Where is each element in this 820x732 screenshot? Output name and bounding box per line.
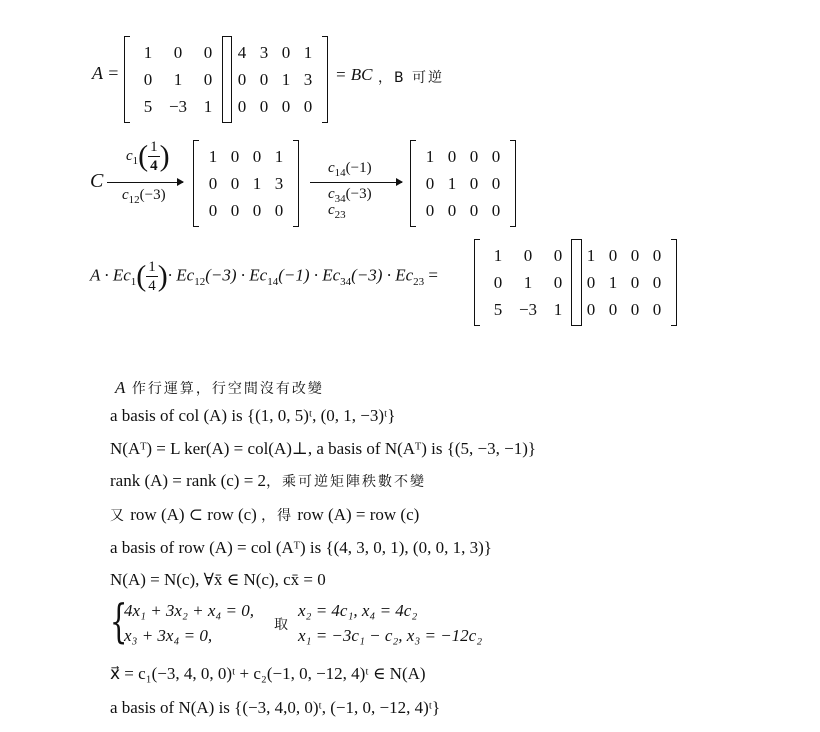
- take-label: 取: [274, 614, 290, 634]
- eq1-note: ，B 可逆: [378, 67, 444, 87]
- op2-middle: c34(−3): [328, 186, 372, 203]
- matrix-M1: 1001 0013 0000: [193, 141, 299, 226]
- eq2-start: C: [90, 170, 103, 193]
- line-row-space: 又 row (A) ⊂ row (c) ，得 row (A) = row (c): [110, 504, 419, 527]
- matrix-reduced: 1000 0100 0000: [571, 240, 677, 325]
- solution-2: x₁ = −3c₁ − c₂, x₃ = −12c₂: [298, 625, 482, 647]
- op1-top: c1(14): [126, 138, 170, 175]
- arrow-icon: [107, 182, 183, 183]
- matrix-C: 4301 0013 0000: [222, 37, 328, 122]
- op2-bottom: c23: [328, 202, 346, 219]
- eq1-rhs: = BC: [335, 65, 372, 85]
- op1-bottom: c12(−3): [122, 187, 166, 204]
- line-left-kernel: N(Aᵀ) = L ker(A) = col(A)⊥, a basis of N…: [110, 438, 536, 460]
- arrow-icon: [310, 182, 402, 183]
- line-rank: rank (A) = rank (c) = 2，乘可逆矩陣秩數不變: [110, 470, 426, 493]
- matrix-B-repeat: 100 010 5−31: [474, 240, 582, 325]
- solution-1: x₂ = 4c₁, x₄ = 4c₂: [298, 600, 417, 622]
- matrix-B: 100 010 5−31: [124, 37, 232, 122]
- eq1-lhs: A =: [92, 63, 119, 84]
- matrix-M2: 1000 0100 0000: [410, 141, 516, 226]
- line-null-space: N(A) = N(c), ∀x̄ ∈ N(c), cx̄ = 0: [110, 569, 326, 591]
- op2-top: c14(−1): [328, 160, 372, 177]
- line-col-basis: a basis of col (A) is {(1, 0, 5)ᵗ, (0, 1…: [110, 405, 395, 427]
- system-eq-1: 4x₁ + 3x₂ + x₄ = 0,: [124, 600, 254, 622]
- line-row-basis: a basis of row (A) = col (Aᵀ) is {(4, 3,…: [110, 537, 492, 559]
- line-null-basis: a basis of N(A) is {(−3, 4,0, 0)ᵗ, (−1, …: [110, 697, 440, 719]
- system-eq-2: x₃ + 3x₄ = 0,: [124, 625, 212, 647]
- line-column-ops: A 作行運算，行空間沒有改變: [115, 377, 324, 400]
- eq3-lhs: A · Ec1(14)· Ec12(−3) · Ec14(−1) · Ec34(…: [90, 258, 438, 295]
- line-general-solution: x⃗ = c₁(−3, 4, 0, 0)ᵗ + c₂(−1, 0, −12, 4…: [110, 663, 426, 685]
